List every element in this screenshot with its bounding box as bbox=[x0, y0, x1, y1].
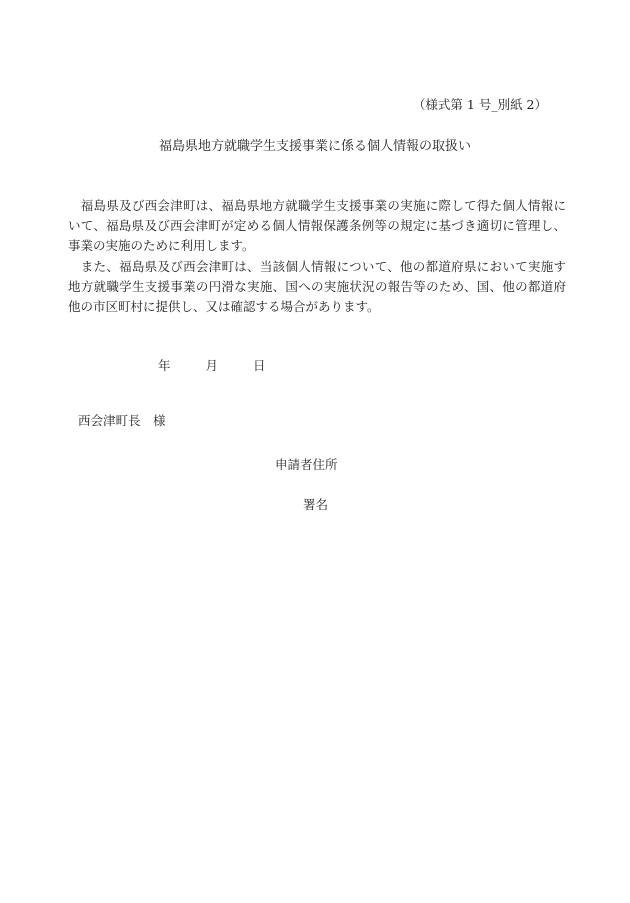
day-label: 日 bbox=[253, 356, 266, 374]
document-title: 福島県地方就職学生支援事業に係る個人情報の取扱い bbox=[0, 139, 630, 155]
body-line: 事業の実施のために利用します。 bbox=[68, 236, 566, 256]
body-line: 地方就職学生支援事業の円滑な実施、国への実施状況の報告等のため、国、他の都道府県… bbox=[68, 277, 566, 297]
applicant-address-label: 申請者住所 bbox=[275, 455, 338, 473]
body-text: 福島県及び西会津町は、福島県地方就職学生支援事業の実施に際して得た個人情報につい… bbox=[68, 196, 566, 317]
body-line: また、福島県及び西会津町は、当該個人情報について、他の都道府県において実施する bbox=[68, 257, 566, 277]
month-label: 月 bbox=[206, 356, 219, 374]
body-line: 他の市区町村に提供し、又は確認する場合があります。 bbox=[68, 297, 566, 317]
body-line: 福島県及び西会津町は、福島県地方就職学生支援事業の実施に際して得た個人情報につ bbox=[68, 196, 566, 216]
year-label: 年 bbox=[158, 356, 171, 374]
date-line: 年 月 日 bbox=[158, 356, 266, 374]
body-line: いて、福島県及び西会津町が定める個人情報保護条例等の規定に基づき適切に管理し、本 bbox=[68, 216, 566, 236]
signature-label: 署名 bbox=[303, 495, 328, 513]
addressee-line: 西会津町長 様 bbox=[78, 411, 166, 429]
form-number-label: （様式第 1 号_別紙 2） bbox=[413, 97, 547, 112]
document-page: （様式第 1 号_別紙 2） 福島県地方就職学生支援事業に係る個人情報の取扱い … bbox=[0, 0, 630, 903]
